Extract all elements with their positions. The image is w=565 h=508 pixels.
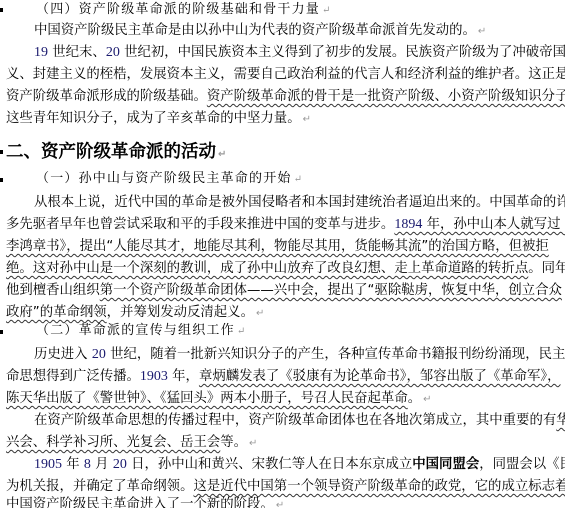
underlined-text: 年，孙中山本人就写过《上 bbox=[422, 217, 565, 232]
number: 20 bbox=[106, 45, 120, 60]
underlined-text: 陈天华出版了《警世钟》、《猛回头》两本小册子，号召人民奋起革命 bbox=[6, 391, 408, 406]
text: ，并筹划发动反清起义。 bbox=[107, 305, 254, 320]
paragraph-line: 中国资产阶级民主革命是由以孙中山为代表的资产阶级革命派首先发动的。↵ bbox=[34, 21, 486, 41]
underlined-text: 政府”的革命纲领 bbox=[6, 305, 107, 320]
heading-marker bbox=[0, 8, 3, 12]
document-page: （四）资产阶级革命派的阶级基础和骨干力量↵ 中国资产阶级民主革命是由以孙中山为代… bbox=[0, 0, 565, 508]
paragraph-line: 政府”的革命纲领，并筹划发动反清起义。↵ bbox=[6, 303, 264, 323]
paragraph-line: 为机关报，并确定了革命纲领。这是近代中国第一个领导资产阶级革命的政党，它的成立标… bbox=[6, 477, 565, 497]
subheading-text: （二）革命派的宣传与组织工作 bbox=[36, 323, 235, 338]
paragraph-line: 在资产阶级革命思想的传播过程中，资产阶级革命团体也在各地次第成立，其中重要的有华 bbox=[34, 411, 565, 431]
subheading-4: （四）资产阶级革命派的阶级基础和骨干力量↵ bbox=[36, 0, 332, 20]
paragraph-mark-icon: ↵ bbox=[276, 500, 284, 508]
underlined-text: 李鸿章书》，提出“人能尽其才，地能尽其利，物能尽其用，货能畅其流”的治国方略，但… bbox=[6, 239, 549, 254]
text: 他到檀香山组织 bbox=[6, 283, 100, 298]
number: 20 bbox=[92, 347, 106, 362]
text: 。同年， bbox=[528, 261, 565, 276]
text: 多先驱者早年也曾尝试采取和平的手段来推进中国的变革与进步。 bbox=[6, 217, 394, 232]
paragraph-mark-icon: ↵ bbox=[322, 5, 332, 16]
paragraph-mark-icon: ↵ bbox=[237, 326, 247, 337]
paragraph-line: 多先驱者早年也曾尝试采取和平的手段来推进中国的变革与进步。1894 年，孙中山本… bbox=[6, 215, 565, 235]
paragraph-line: 兴会、科学补习所、光复会、岳王会等。↵ bbox=[6, 433, 257, 453]
text: 历史进入 bbox=[34, 347, 92, 362]
text: 年， bbox=[168, 369, 199, 384]
text: 世纪，随着一批新兴知识分子的产生，各种宣传革命书籍报刊纷纷涌现，民主革 bbox=[106, 347, 565, 362]
paragraph-line: 义、封建主义的桎梏，发展资本主义，需要自己政治利益的代言人和经济利益的维护者。这… bbox=[6, 65, 565, 85]
paragraph-line: 陈天华出版了《警世钟》、《猛回头》两本小册子，号召人民奋起革命。↵ bbox=[6, 389, 432, 409]
subheading-text: （四）资产阶级革命派的阶级基础和骨干力量 bbox=[36, 2, 320, 17]
paragraph-mark-icon: ↵ bbox=[256, 308, 264, 319]
text: ，同盟会以《民报》 bbox=[479, 457, 565, 472]
paragraph-line: 李鸿章书》，提出“人能尽其才，地能尽其利，物能尽其用，货能畅其流”的治国方略，但… bbox=[6, 237, 549, 257]
text: 义、封建主义的桎梏，发展资本主义，需要自己政治利益的代言人和经济利益的维护者。这… bbox=[6, 67, 565, 82]
heading-marker bbox=[0, 330, 3, 334]
paragraph-line: 中国资产阶级民主革命进入了一个新的阶段。↵ bbox=[6, 495, 284, 508]
underlined-text: 绝。这对孙中山是一个深刻的教训，成了孙中山放弃了改良幻想、走上革命道路的转折点 bbox=[6, 261, 528, 276]
text: 从根本上说，近代中国的革命是被外国侵略者和本国封建统治者逼迫出来的。中国革命的许 bbox=[34, 195, 565, 210]
text: 等。 bbox=[220, 435, 247, 450]
underlined-text: 兴会、科学补习所、光复会、岳王会 bbox=[6, 435, 220, 450]
text: 这些青年知识分子，成为了辛亥革命的中坚力量。 bbox=[6, 111, 301, 126]
number: 1905 bbox=[34, 457, 62, 472]
text: 中国资产阶级民主革命是由以孙中山为代表的资产阶级革命派首先发动的。 bbox=[34, 23, 476, 38]
section-heading: 二、资产阶级革命派的活动↵ bbox=[6, 140, 226, 164]
underlined-text: 章炳麟发表了《驳康有为论革命书》，邹容出版了《革命军》， bbox=[199, 369, 561, 384]
number: 1894 bbox=[394, 217, 422, 232]
text: 为机关报，并确定了革命纲领。 bbox=[6, 479, 193, 494]
subheading-1: （一）孙中山与资产阶级民主革命的开始↵ bbox=[36, 169, 303, 189]
underlined-text: 第一个资产阶级革命团体——兴中会，提出了“驱除鞑虏，恢复中华，创立合众 bbox=[100, 283, 562, 298]
number: 8 bbox=[84, 457, 91, 472]
underlined-text: 资产阶级革命派的骨干是一批资产阶级、小资产阶级知识分子。 bbox=[207, 89, 565, 104]
paragraph-line: 他到檀香山组织第一个资产阶级革命团体——兴中会，提出了“驱除鞑虏，恢复中华，创立… bbox=[6, 281, 562, 301]
text: 世纪末、 bbox=[48, 45, 106, 60]
text: 年 bbox=[62, 457, 84, 472]
text: 命思想得到广泛传播。 bbox=[6, 369, 140, 384]
heading-marker bbox=[0, 178, 3, 182]
paragraph-line: 历史进入 20 世纪，随着一批新兴知识分子的产生，各种宣传革命书籍报刊纷纷涌现，… bbox=[34, 345, 565, 365]
paragraph-line: 这些青年知识分子，成为了辛亥革命的中坚力量。↵ bbox=[6, 109, 311, 129]
paragraph-line: 19 世纪末、20 世纪初，中国民族资本主义得到了初步的发展。民族资产阶级为了冲… bbox=[34, 43, 565, 63]
paragraph-mark-icon: ↵ bbox=[303, 114, 311, 125]
paragraph-line: 从根本上说，近代中国的革命是被外国侵略者和本国封建统治者逼迫出来的。中国革命的许 bbox=[34, 193, 565, 213]
paragraph-line: 资产阶级革命派形成的阶级基础。资产阶级革命派的骨干是一批资产阶级、小资产阶级知识… bbox=[6, 87, 565, 107]
paragraph-line: 绝。这对孙中山是一个深刻的教训，成了孙中山放弃了改良幻想、走上革命道路的转折点。… bbox=[6, 259, 565, 279]
subheading-text: （一）孙中山与资产阶级民主革命的开始 bbox=[36, 171, 292, 186]
bold-text: 中国同盟会 bbox=[412, 457, 479, 472]
underlined-text: 这是近代中国第一个领导资产阶级革命的政党，它的成立标志着 bbox=[193, 479, 565, 494]
subheading-2: （二）革命派的宣传与组织工作↵ bbox=[36, 321, 246, 341]
paragraph-mark-icon: ↵ bbox=[423, 394, 431, 405]
text: 在资产阶级革命思想的传播过程中，资产阶级革命团体也在各地次第成立，其中重要的有 bbox=[34, 413, 556, 428]
paragraph-line: 命思想得到广泛传播。1903 年，章炳麟发表了《驳康有为论革命书》，邹容出版了《… bbox=[6, 367, 561, 387]
text: 世纪初，中国民族资本主义得到了初步的发展。民族资产阶级为了冲破帝国主 bbox=[120, 45, 565, 60]
number: 19 bbox=[34, 45, 48, 60]
heading-marker bbox=[0, 150, 3, 154]
section-heading-text: 二、资产阶级革命派的活动 bbox=[6, 142, 216, 162]
paragraph-mark-icon: ↵ bbox=[218, 149, 226, 160]
paragraph-mark-icon: ↵ bbox=[478, 26, 486, 37]
text: 资产阶级革命派形成的阶级基础。 bbox=[6, 89, 207, 104]
number: 20 bbox=[113, 457, 127, 472]
number: 1903 bbox=[140, 369, 168, 384]
text: 月 bbox=[91, 457, 113, 472]
paragraph-line: 1905 年 8 月 20 日，孙中山和黄兴、宋教仁等人在日本东京成立中国同盟会… bbox=[34, 455, 565, 475]
text: 日，孙中山和黄兴、宋教仁等人在日本东京成立 bbox=[127, 457, 412, 472]
underlined-text: 中国资产阶级民主革命进入了一个新的阶段 bbox=[6, 497, 260, 508]
text: 。 bbox=[408, 391, 421, 406]
paragraph-mark-icon: ↵ bbox=[294, 174, 304, 185]
underlined-text: 华 bbox=[556, 413, 565, 428]
text: 。 bbox=[260, 497, 273, 508]
paragraph-mark-icon: ↵ bbox=[249, 438, 257, 449]
